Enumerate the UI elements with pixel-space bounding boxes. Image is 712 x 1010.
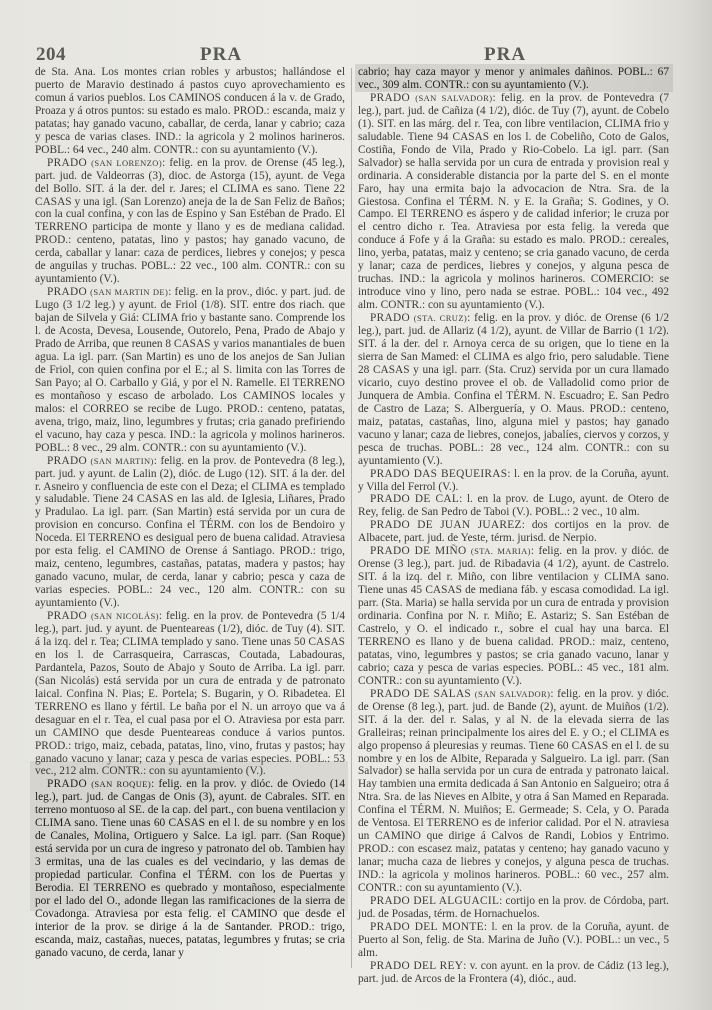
- entry-body: : felig. en la prov. y dióc. de Orense (…: [358, 312, 669, 466]
- entry-prado-san-roque: PRADO (San Roque): felig. en la prov. y …: [35, 778, 345, 959]
- entry-prado-san-salvador: PRADO (San Salvador): felig. en la prov.…: [358, 92, 669, 312]
- running-head-right: PRA: [484, 44, 526, 66]
- entry-qualifier: (Sta. Maria): [471, 546, 531, 556]
- entry-prado-das-bequeiras: PRADO DAS BEQUEIRAS: l. en la prov. de l…: [358, 468, 669, 494]
- entry-headword: PRADO DE CAL: [370, 493, 459, 505]
- column-divider: [351, 68, 352, 968]
- entry-headword: PRADO: [370, 312, 410, 324]
- entry-headword: PRADO: [47, 778, 87, 790]
- entry-headword: PRADO: [47, 455, 87, 467]
- entry-prado-del-monte: PRADO DEL MONTE: l. en la prov. de la Co…: [358, 921, 669, 960]
- entry-headword: PRADO DEL ALGUACIL: [370, 895, 499, 907]
- entry-headword: PRADO DE MIÑO: [370, 545, 467, 557]
- entry-headword: PRADO: [47, 610, 87, 622]
- entry-body: : felig. en la prov., dióc. y part. jud.…: [35, 286, 345, 453]
- entry-body: : felig. en la prov. y dióc. de Orense (…: [358, 688, 669, 894]
- entry-qualifier: (San Martin de): [90, 287, 168, 297]
- entry-prado-del-alguacil: PRADO DEL ALGUACIL: cortijo en la prov. …: [358, 895, 669, 921]
- entry-headword: PRADO DEL REY: [370, 960, 463, 972]
- entry-prado-san-nicolas: PRADO (San Nicolás): felig. en la prov. …: [35, 610, 345, 778]
- entry-qualifier: (San Martin): [90, 456, 153, 466]
- entry-headword: PRADO: [370, 92, 410, 104]
- right-column: cabrio; hay caza mayor y menor y animale…: [358, 66, 669, 986]
- scanned-page: 204 PRA PRA de Sta. Ana. Los montes cria…: [0, 0, 712, 1010]
- continuation-text: de Sta. Ana. Los montes crian robles y a…: [35, 66, 345, 157]
- entry-body: : felig. en la prov. de Pontevedra (7 le…: [358, 92, 669, 311]
- left-column: de Sta. Ana. Los montes crian robles y a…: [35, 66, 345, 960]
- entry-prado-del-rey: PRADO DEL REY: v. con ayunt. en la prov.…: [358, 960, 669, 986]
- entry-prado-de-juan-juarez: PRADO DE JUAN JUAREZ: dos cortijos en la…: [358, 519, 669, 545]
- entry-prado-de-mino: PRADO DE MIÑO (Sta. Maria): felig. en la…: [358, 545, 669, 687]
- entry-headword: PRADO DAS BEQUEIRAS: [370, 468, 507, 480]
- page-number: 204: [36, 44, 66, 66]
- entry-qualifier: (San Roque): [91, 779, 151, 789]
- entry-qualifier: (San Salvador): [415, 93, 492, 103]
- entry-qualifier: (San Lorenzo): [91, 158, 162, 168]
- entry-qualifier: (San Nicolás): [91, 611, 159, 621]
- entry-prado-de-cal: PRADO DE CAL: l. en la prov. de Lugo, ay…: [358, 493, 669, 519]
- entry-prado-san-lorenzo: PRADO (San Lorenzo): felig. en la prov. …: [35, 157, 345, 287]
- entry-headword: PRADO: [47, 157, 87, 169]
- running-head-left: PRA: [200, 44, 242, 66]
- entry-headword: PRADO DE SALAS: [370, 688, 471, 700]
- entry-qualifier: (Sta. Cruz): [414, 313, 467, 323]
- entry-prado-san-martin: PRADO (San Martin): felig. en la prov. d…: [35, 455, 345, 610]
- entry-prado-de-salas: PRADO DE SALAS (San Salvador): felig. en…: [358, 688, 669, 895]
- entry-qualifier: (San Salvador): [475, 689, 551, 699]
- entry-headword: PRADO DEL MONTE: [370, 921, 484, 933]
- entry-prado-san-martin-de: PRADO (San Martin de): felig. en la prov…: [35, 286, 345, 454]
- entry-headword: PRADO DE JUAN JUAREZ: [370, 519, 522, 531]
- continuation-text: cabrio; hay caza mayor y menor y animale…: [358, 66, 669, 92]
- entry-body: : felig. en la prov. de Pontevedra (5 1/…: [35, 610, 345, 777]
- entry-body: : felig. en la prov. de Pontevedra (8 le…: [35, 455, 345, 609]
- entry-body: : felig. en la prov. y dióc. de Oviedo (…: [35, 778, 345, 958]
- entry-headword: PRADO: [47, 286, 87, 298]
- entry-prado-sta-cruz: PRADO (Sta. Cruz): felig. en la prov. y …: [358, 312, 669, 467]
- entry-body: : felig. en la prov. de Orense (45 leg.)…: [35, 157, 345, 286]
- entry-body: : felig. en la prov. y dióc. de Orense (…: [358, 545, 669, 687]
